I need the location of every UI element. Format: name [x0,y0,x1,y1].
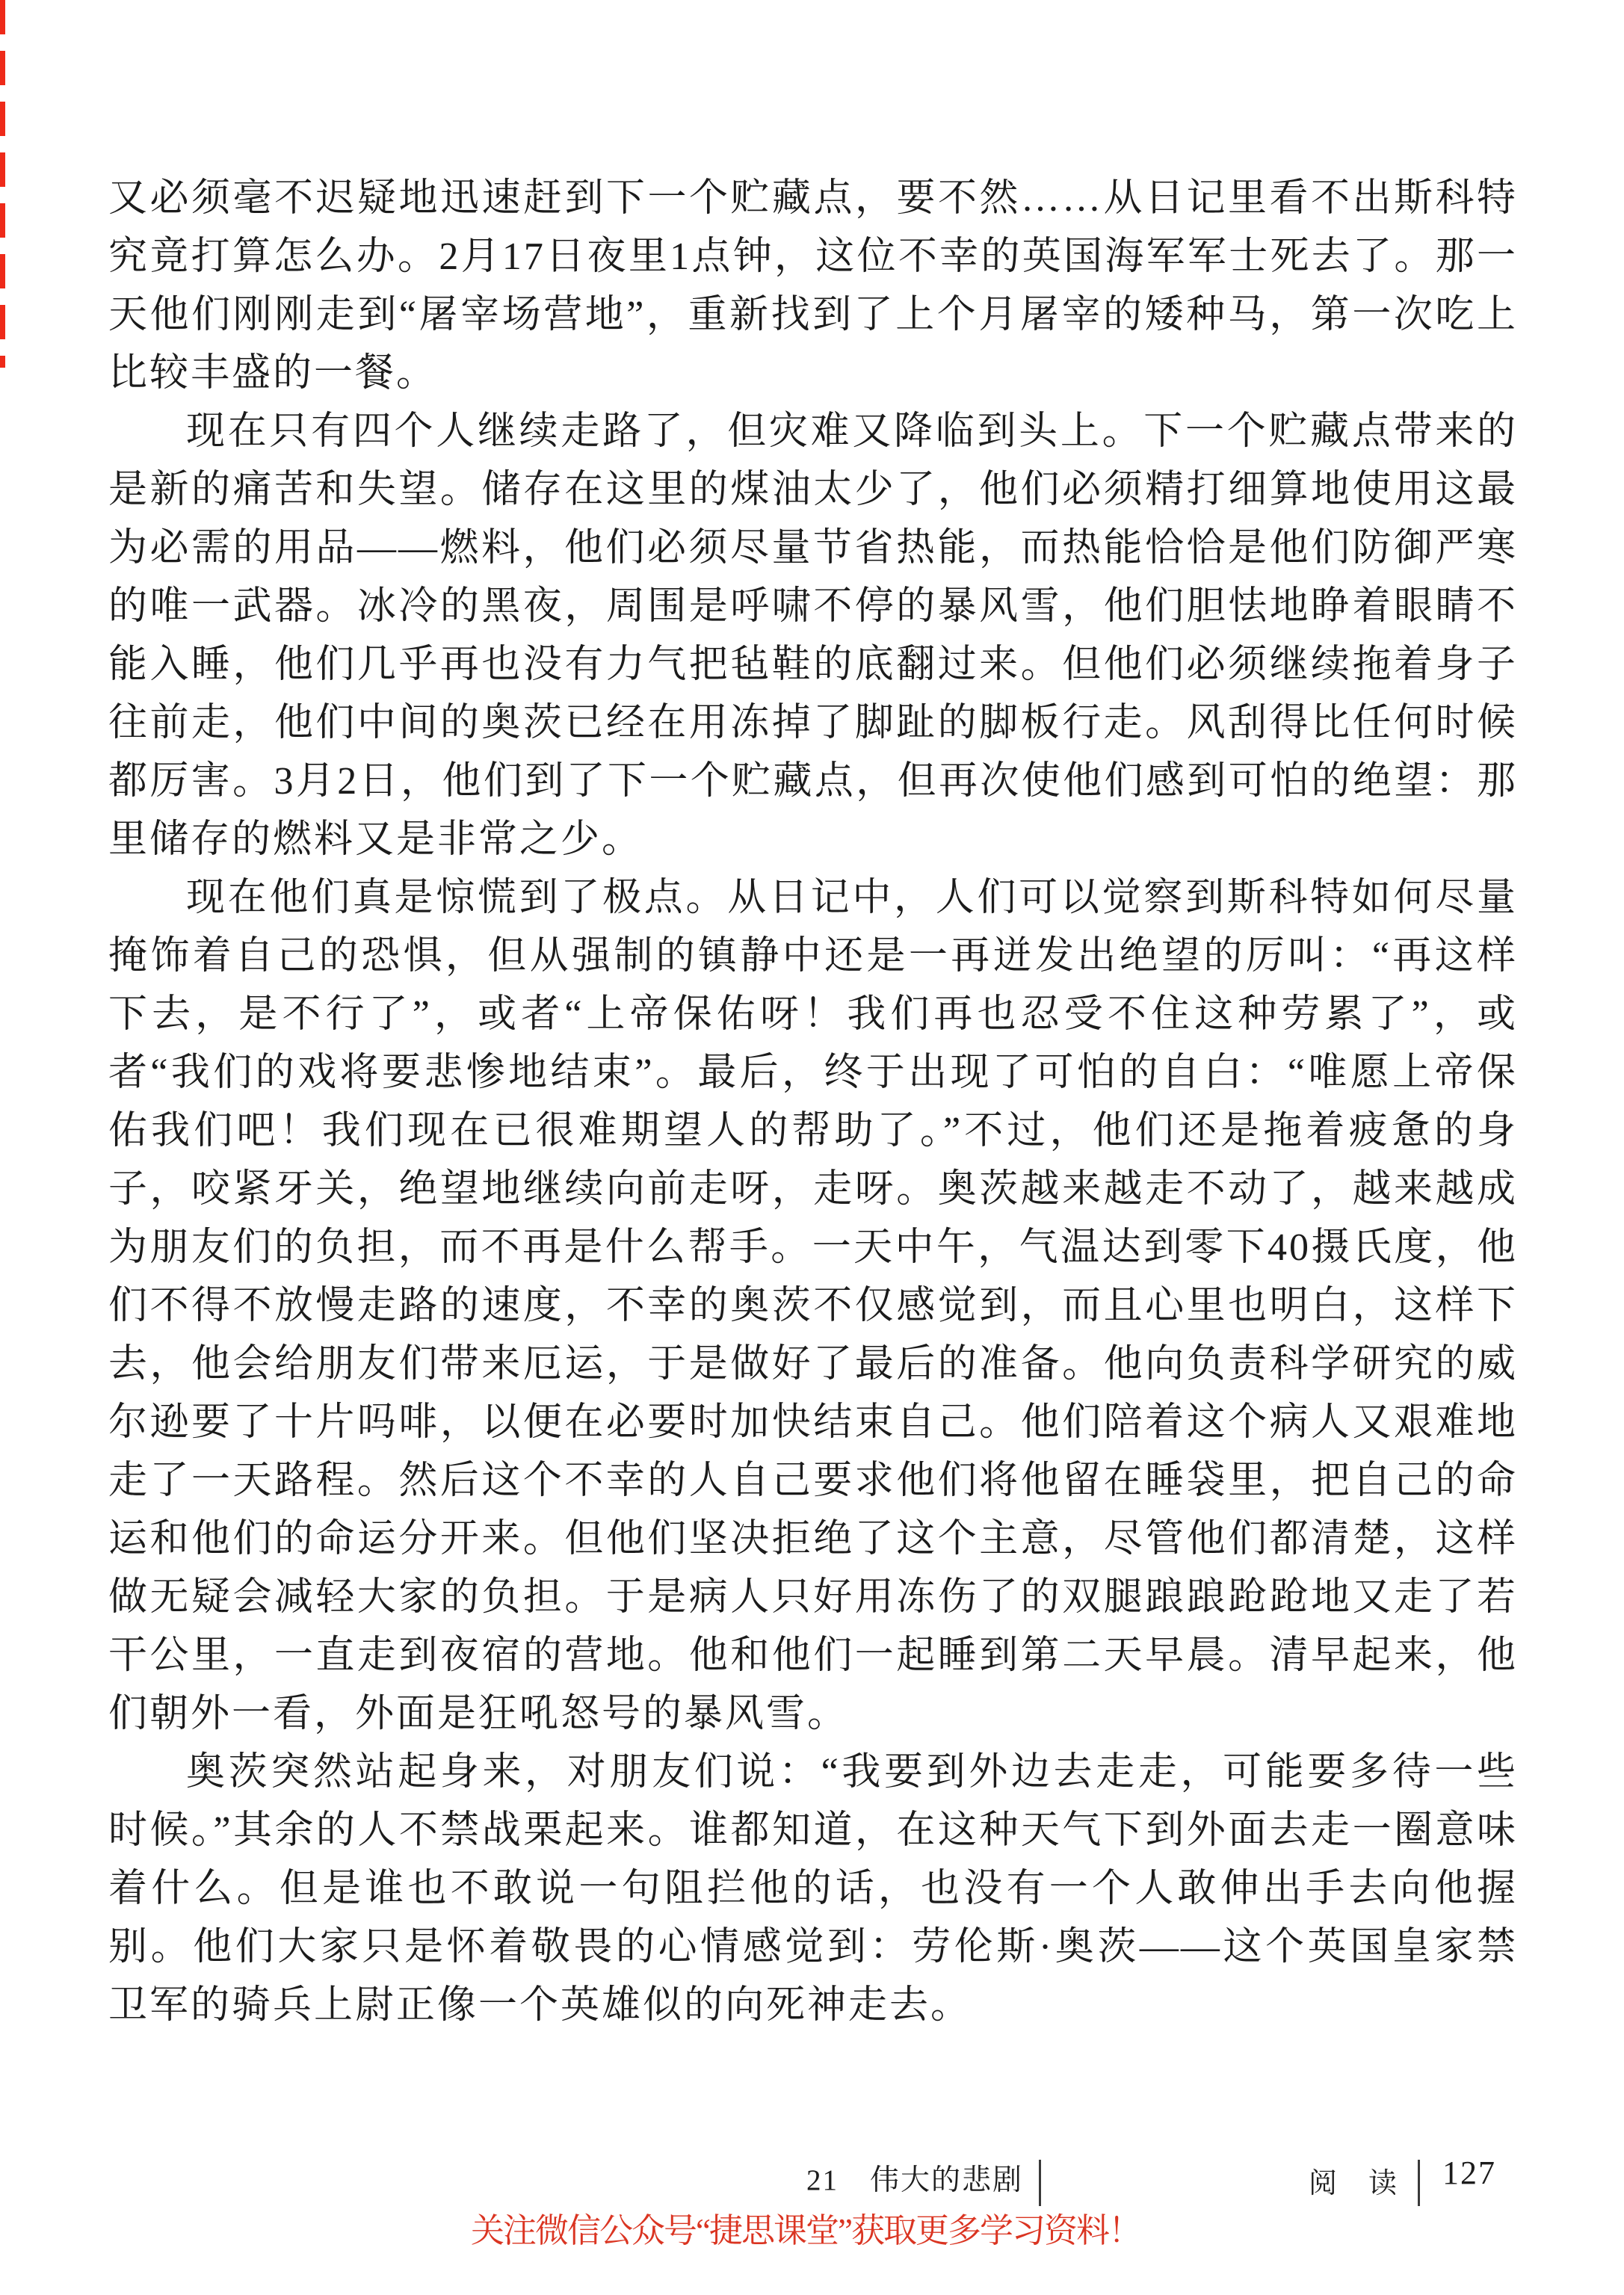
page-number: 127 [1442,2154,1496,2192]
footer-divider-1 [1039,2160,1041,2206]
footer-divider-2 [1418,2160,1420,2206]
lesson-number: 21 [806,2164,839,2196]
lesson-title: 伟大的悲剧 [870,2164,1023,2196]
footer-section-label: 阅读 [1309,2160,1428,2201]
lesson-body: 又必须毫不迟疑地迅速赶到下一个贮藏点，要不然……从日记里看不出斯科特究竟打算怎么… [108,170,1518,2035]
watermark-notice: 关注微信公众号“捷思课堂”获取更多学习资料！ [471,2203,1166,2252]
body-paragraph: 现在他们真是惊慌到了极点。从日记中，人们可以觉察到斯科特如何尽量掩饰着自己的恐惧… [108,869,1518,1743]
scan-edge-marks [0,0,5,368]
footer-chapter: 21伟大的悲剧 [806,2157,1023,2199]
textbook-page: 又必须毫不迟疑地迅速赶到下一个贮藏点，要不然……从日记里看不出斯科特究竟打算怎么… [0,0,1624,2295]
body-paragraph: 现在只有四个人继续走路了，但灾难又降临到头上。下一个贮藏点带来的是新的痛苦和失望… [108,403,1518,869]
body-paragraph: 又必须毫不迟疑地迅速赶到下一个贮藏点，要不然……从日记里看不出斯科特究竟打算怎么… [108,170,1518,403]
body-paragraph: 奥茨突然站起身来，对朋友们说：“我要到外边去走走，可能要多待一些时候。”其余的人… [108,1743,1518,2035]
